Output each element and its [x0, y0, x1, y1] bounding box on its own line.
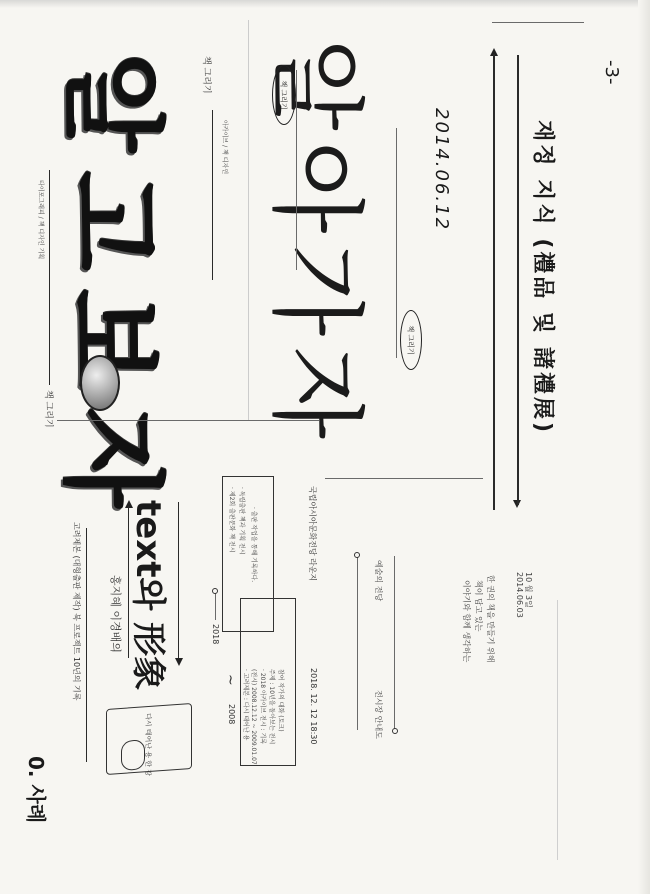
event-venue: 국립아시아문화전당 라운지	[307, 486, 318, 581]
box-2018-line-1: · 제2회 출판문화 책 전시	[228, 487, 237, 553]
date-stamp: 2014.06.12	[431, 108, 452, 231]
timeline-label-2018: 2018	[211, 624, 220, 644]
right-note-line-top: 예술의 전당	[373, 560, 384, 601]
title-1-bracket	[212, 110, 213, 280]
title-1-left-label: 책 그리기	[43, 390, 56, 428]
box-2018-line-2: · 독립출판 책과 기획 전시	[238, 487, 247, 555]
right-paragraph-line-1: 한 권의 책을 만들기 위해	[485, 575, 496, 662]
box-2008-line-3: · 2018 아카이브 전시 : 기록	[259, 669, 268, 744]
book-title-arrow-up-icon	[125, 500, 133, 508]
top-rule	[492, 22, 584, 23]
right-note-rule-1	[394, 556, 395, 730]
box-2018-line-3: · 출판 작업을 통해 기록하다.	[250, 507, 259, 582]
book-title-arrow-down-icon	[175, 658, 183, 666]
right-date-note-2: 2014.06.03	[515, 572, 524, 618]
title-2-bracket-left	[296, 70, 297, 270]
right-note-rule-2	[357, 556, 358, 730]
block-divider-2	[325, 478, 483, 479]
right-paragraph-line-2: 책이 담고 있는	[473, 580, 484, 631]
book-cover-pill-icon	[121, 739, 145, 771]
section-heading: 0. 사례	[23, 756, 52, 823]
oval-label-top: 책 그리기	[272, 65, 296, 125]
title-1-left-note: 타이포그래피 / 책 디자인 기획	[37, 180, 46, 259]
long-arrow-line	[493, 54, 495, 510]
timeline-box-2008: · 고려제본 : 다시 태어난 용 (전시) 2008.12.12 ~ 2009…	[240, 598, 296, 766]
scan-right-edge	[638, 0, 650, 894]
scan-top-edge	[0, 0, 650, 8]
right-date-note-1: 10 월 3일	[523, 572, 534, 608]
event-datetime: 2018. 12. 12 18:30	[309, 668, 318, 745]
book-cover-text: 다시 태어난 용 한 장	[143, 713, 153, 777]
book-sketch: 다시 태어난 용 한 장	[106, 703, 192, 775]
title-1-label: 책 그리기	[201, 56, 214, 94]
timeline-label-2008: 2008	[227, 704, 236, 724]
title-1-left-rule	[49, 170, 50, 385]
box-2008-line-5: 참여 작가의 대화 (토크)	[277, 669, 286, 732]
oval-label-bottom: 책 그리기	[400, 310, 422, 370]
book-title-prefix: 홍지혜 이경배의	[108, 575, 124, 653]
timeline-2018-dot	[212, 588, 218, 594]
title-2-bracket-right	[396, 128, 397, 358]
page-number: -3-	[601, 60, 622, 84]
oval-label-top-text: 책 그리기	[279, 80, 289, 109]
section-subtitle: 고려제본 (대형출판 제작) 북 프로젝트 10년의 기록	[71, 522, 82, 701]
book-title-main: text와 形象	[127, 500, 176, 690]
box-2008-line-4: 주제 : 10년을 돌아보는 전시	[268, 669, 277, 744]
right-guide-line	[557, 600, 558, 860]
right-paragraph-line-3: 이야기와 함께 생각하는	[461, 580, 472, 662]
timeline-2018-tick	[215, 592, 216, 620]
book-title-arrow-line	[128, 506, 129, 658]
right-note-dot-bottom	[392, 728, 398, 734]
title-1-side-note: 아카이브 / 책 디자인	[221, 120, 230, 174]
subtitle-rule	[86, 528, 87, 762]
right-note-line-bottom: 전시장 안내도	[373, 690, 384, 739]
timeline-header: 재정 지식 (禮品 및 諸禮展)	[529, 120, 560, 435]
timeline-tilde: ~	[222, 674, 238, 686]
box-2008-line-2: (전시) 2008.12.12 ~ 2009.01.07	[250, 669, 259, 765]
egg-drawing	[80, 355, 120, 411]
timeline-header-rule	[517, 55, 519, 505]
oval-label-bottom-text: 책 그리기	[406, 325, 416, 354]
block-divider-vertical	[248, 20, 249, 420]
brush-title-1: 알고보자	[46, 52, 196, 526]
right-note-dot-top	[354, 552, 360, 558]
book-title-rule-right	[178, 502, 179, 658]
